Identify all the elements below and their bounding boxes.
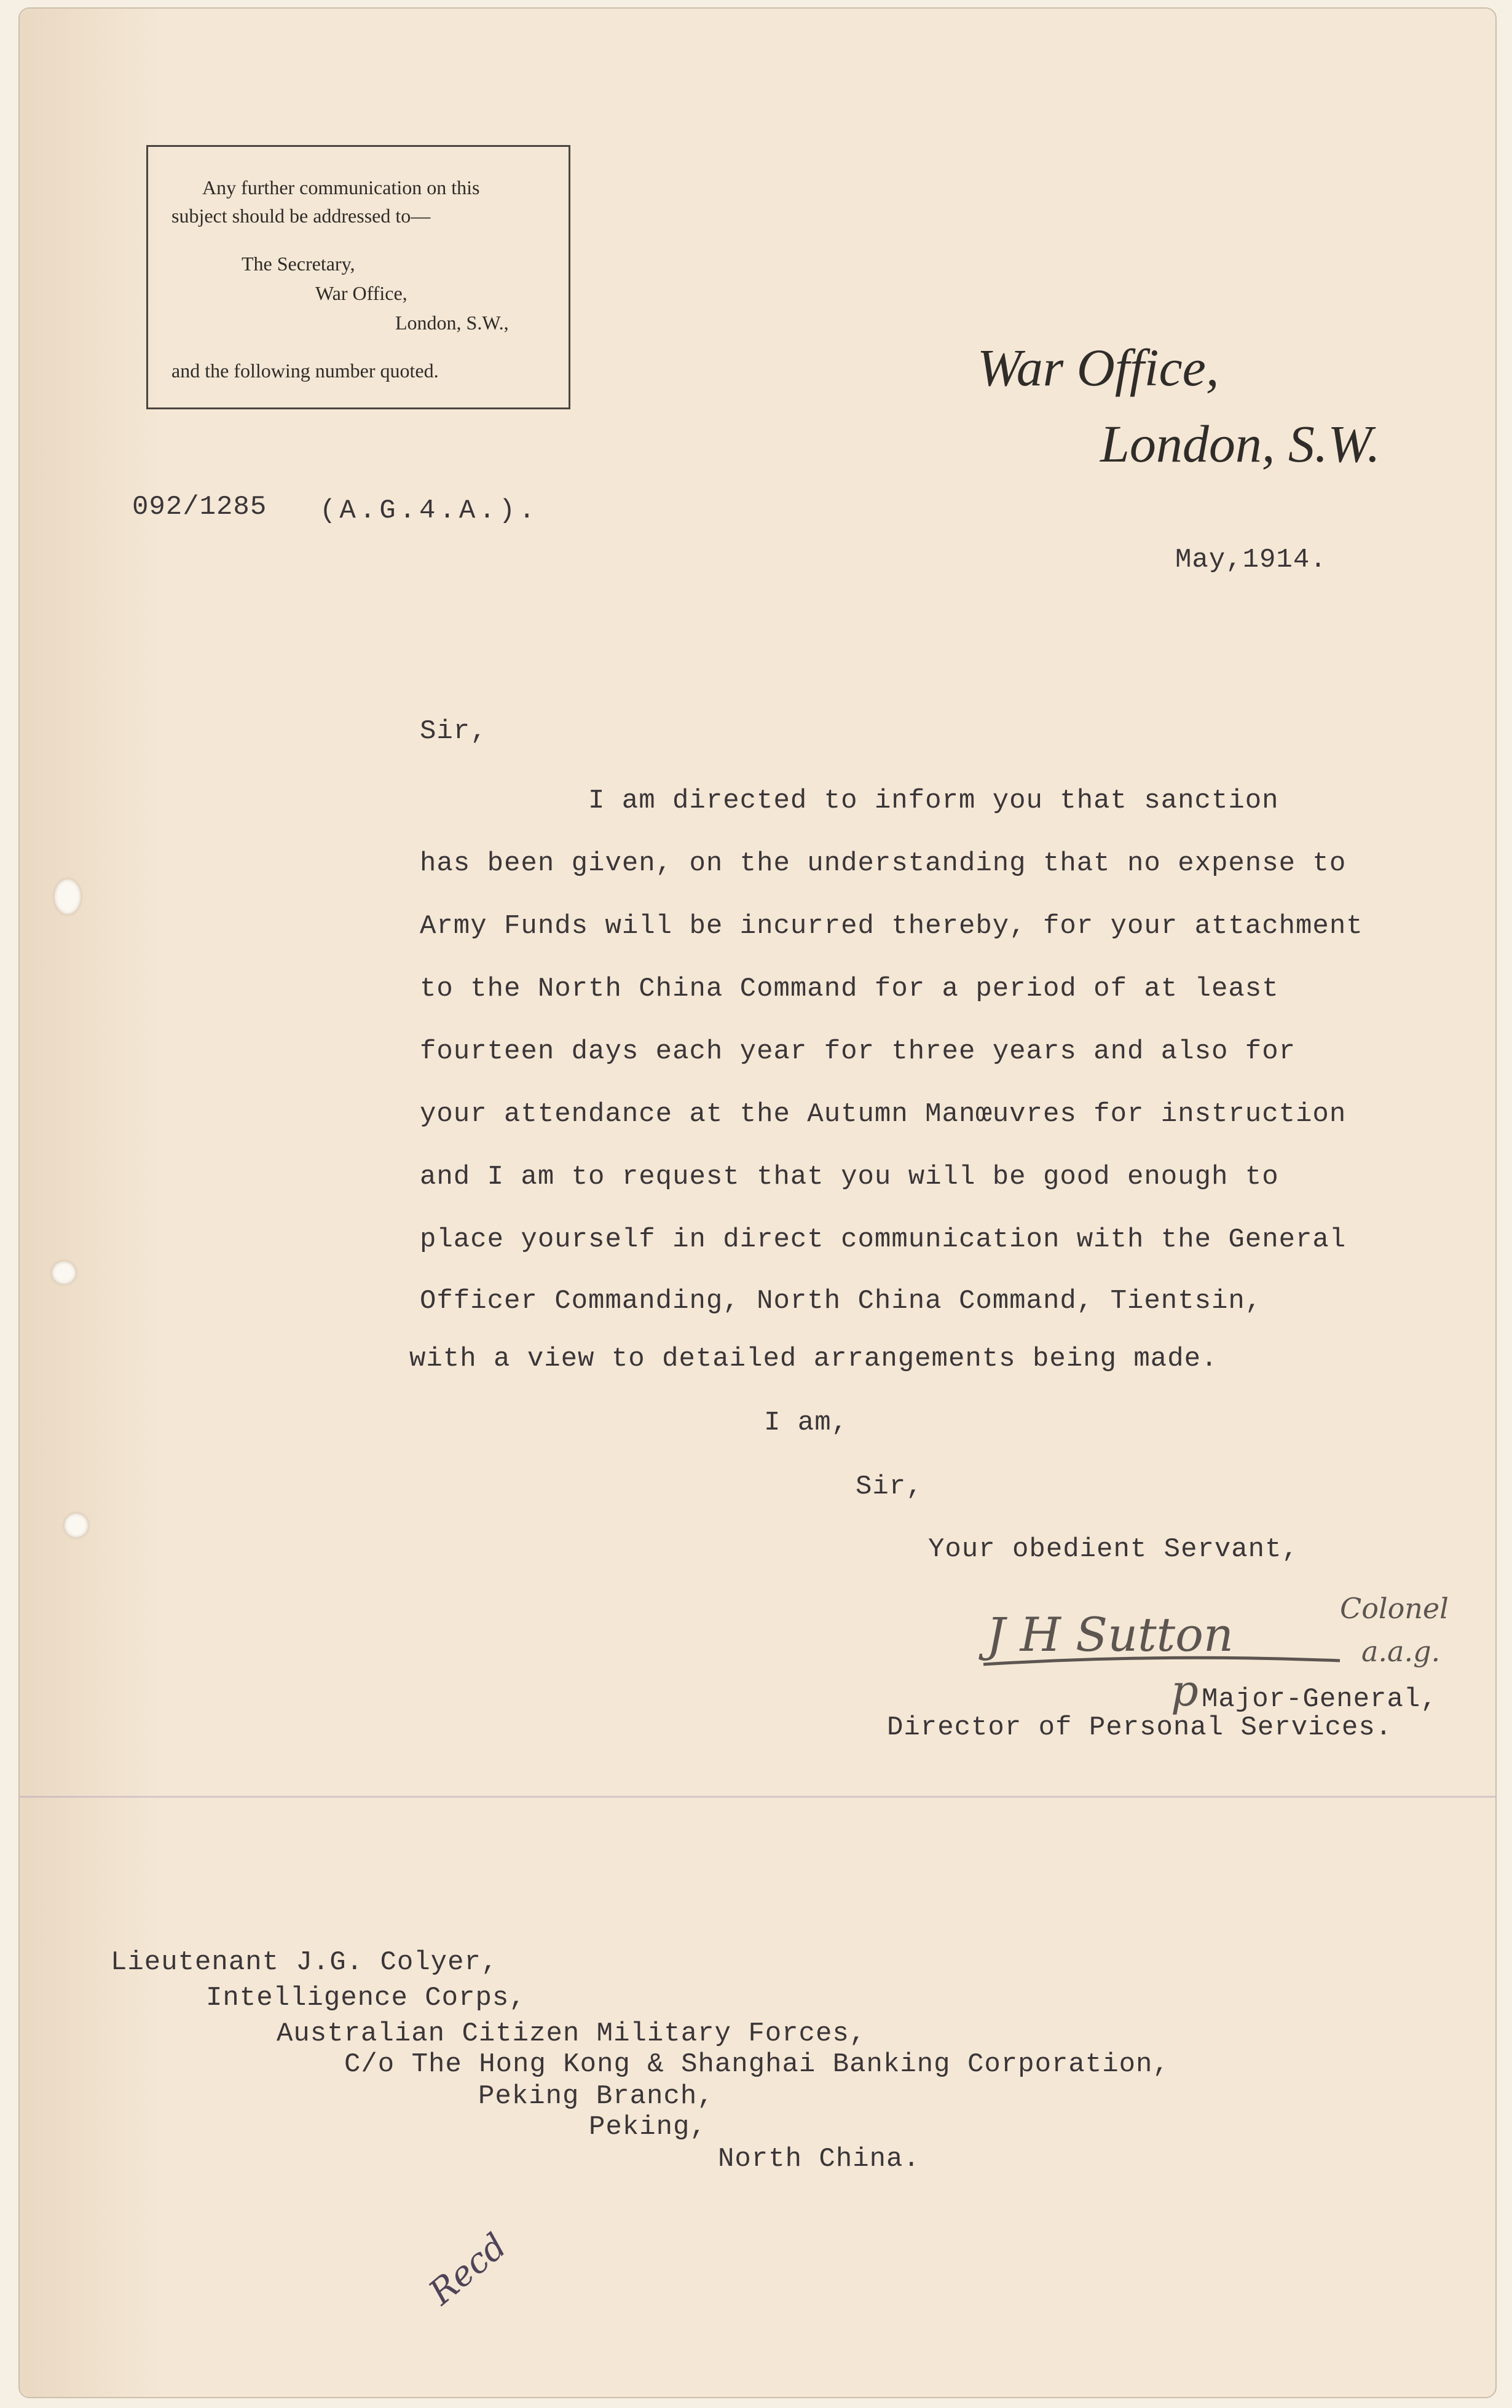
signature-underline-icon bbox=[977, 1647, 1346, 1672]
closing-sir: Sir, bbox=[856, 1471, 923, 1502]
notice-line: and the following number quoted. bbox=[171, 360, 439, 382]
salutation: Sir, bbox=[420, 716, 487, 747]
signature-title-colonel: Colonel bbox=[1340, 1592, 1449, 1625]
reference-number: 092/1285 bbox=[132, 492, 267, 522]
recipient-line: Peking Branch, bbox=[478, 2081, 714, 2112]
notice-line: subject should be addressed to— bbox=[171, 205, 430, 227]
body-line: your attendance at the Autumn Manœuvres … bbox=[420, 1099, 1346, 1130]
notice-line: The Secretary, bbox=[242, 253, 355, 275]
recipient-line: Australian Citizen Military Forces, bbox=[277, 2018, 866, 2049]
closing-obedient-servant: Your obedient Servant, bbox=[928, 1534, 1299, 1565]
closing-i-am: I am, bbox=[764, 1407, 848, 1438]
signatory-position: Director of Personal Services. bbox=[887, 1712, 1392, 1743]
notice-line: Any further communication on this bbox=[202, 176, 479, 199]
fold-line bbox=[20, 1796, 1495, 1798]
recipient-line: Lieutenant J.G. Colyer, bbox=[111, 1947, 498, 1978]
body-line: fourteen days each year for three years … bbox=[420, 1036, 1296, 1067]
letterhead-war-office: War Office, bbox=[977, 337, 1219, 398]
body-line: Army Funds will be incurred thereby, for… bbox=[420, 911, 1363, 942]
body-line: with a view to detailed arrangements bei… bbox=[409, 1344, 1218, 1374]
letterhead-notice-box: Any further communication on this subjec… bbox=[146, 145, 570, 409]
signatory-rank: Major-General, bbox=[1202, 1684, 1438, 1715]
reference-branch: (A.G.4.A.). bbox=[320, 495, 538, 526]
body-line: I am directed to inform you that sanctio… bbox=[588, 785, 1279, 816]
body-line: place yourself in direct communication w… bbox=[420, 1224, 1346, 1255]
body-line: to the North China Command for a period … bbox=[420, 974, 1279, 1004]
notice-line: War Office, bbox=[315, 282, 408, 305]
signature-title-aag: a.a.g. bbox=[1361, 1635, 1440, 1668]
body-line: Officer Commanding, North China Command,… bbox=[420, 1286, 1262, 1316]
recipient-line: C/o The Hong Kong & Shanghai Banking Cor… bbox=[344, 2049, 1170, 2080]
body-line: and I am to request that you will be goo… bbox=[420, 1162, 1279, 1192]
body-line: has been given, on the understanding tha… bbox=[420, 848, 1346, 879]
per-pro-mark: p bbox=[1171, 1666, 1199, 1716]
recipient-line: Intelligence Corps, bbox=[206, 1983, 526, 2013]
recipient-line: North China. bbox=[718, 2144, 920, 2174]
letter-date: May,1914. bbox=[1175, 545, 1327, 575]
notice-line: London, S.W., bbox=[395, 312, 509, 334]
punch-hole bbox=[54, 879, 81, 915]
punch-hole bbox=[52, 1261, 76, 1285]
letterhead-london: London, S.W. bbox=[1100, 413, 1380, 474]
punch-hole bbox=[64, 1513, 89, 1538]
recipient-line: Peking, bbox=[589, 2112, 707, 2142]
